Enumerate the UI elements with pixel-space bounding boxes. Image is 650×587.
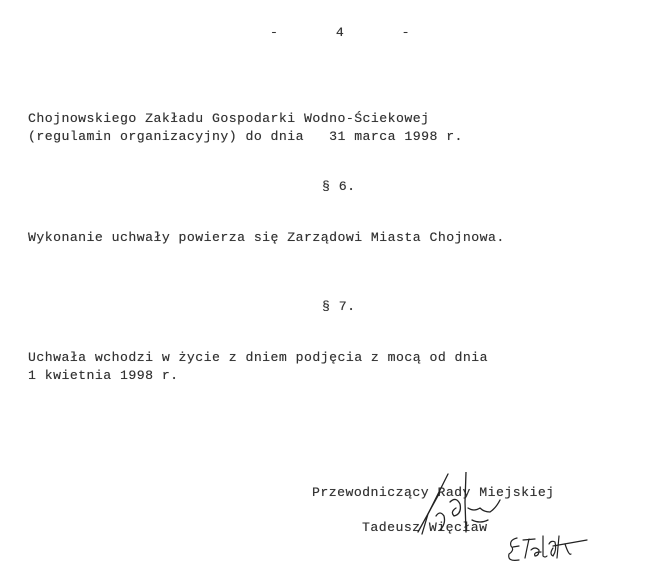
page-number: - 4 - bbox=[270, 24, 410, 42]
signatory-name: Tadeusz Więcław bbox=[362, 519, 487, 537]
page-number-dash-left: - bbox=[270, 24, 278, 42]
section-7-text: Uchwała wchodzi w życie z dniem podjęcia… bbox=[28, 349, 488, 385]
section-6-heading: § 6. bbox=[322, 178, 355, 196]
paragraph-line: Chojnowskiego Zakładu Gospodarki Wodno-Ś… bbox=[28, 110, 463, 128]
paragraph-continuation: Chojnowskiego Zakładu Gospodarki Wodno-Ś… bbox=[28, 110, 463, 146]
paragraph-line: (regulamin organizacyjny) do dnia 31 mar… bbox=[28, 128, 463, 146]
section-6-text: Wykonanie uchwały powierza się Zarządowi… bbox=[28, 229, 505, 247]
second-handwritten-signature-icon bbox=[505, 530, 590, 565]
signatory-title: Przewodniczący Rady Miejskiej bbox=[312, 484, 555, 502]
paragraph-line: 1 kwietnia 1998 r. bbox=[28, 367, 488, 385]
section-7-heading: § 7. bbox=[322, 298, 355, 316]
page-number-dash-right: - bbox=[402, 24, 410, 42]
paragraph-line: Uchwała wchodzi w życie z dniem podjęcia… bbox=[28, 349, 488, 367]
page-number-value: 4 bbox=[336, 24, 344, 42]
document-page: - 4 - Chojnowskiego Zakładu Gospodarki W… bbox=[0, 0, 650, 587]
